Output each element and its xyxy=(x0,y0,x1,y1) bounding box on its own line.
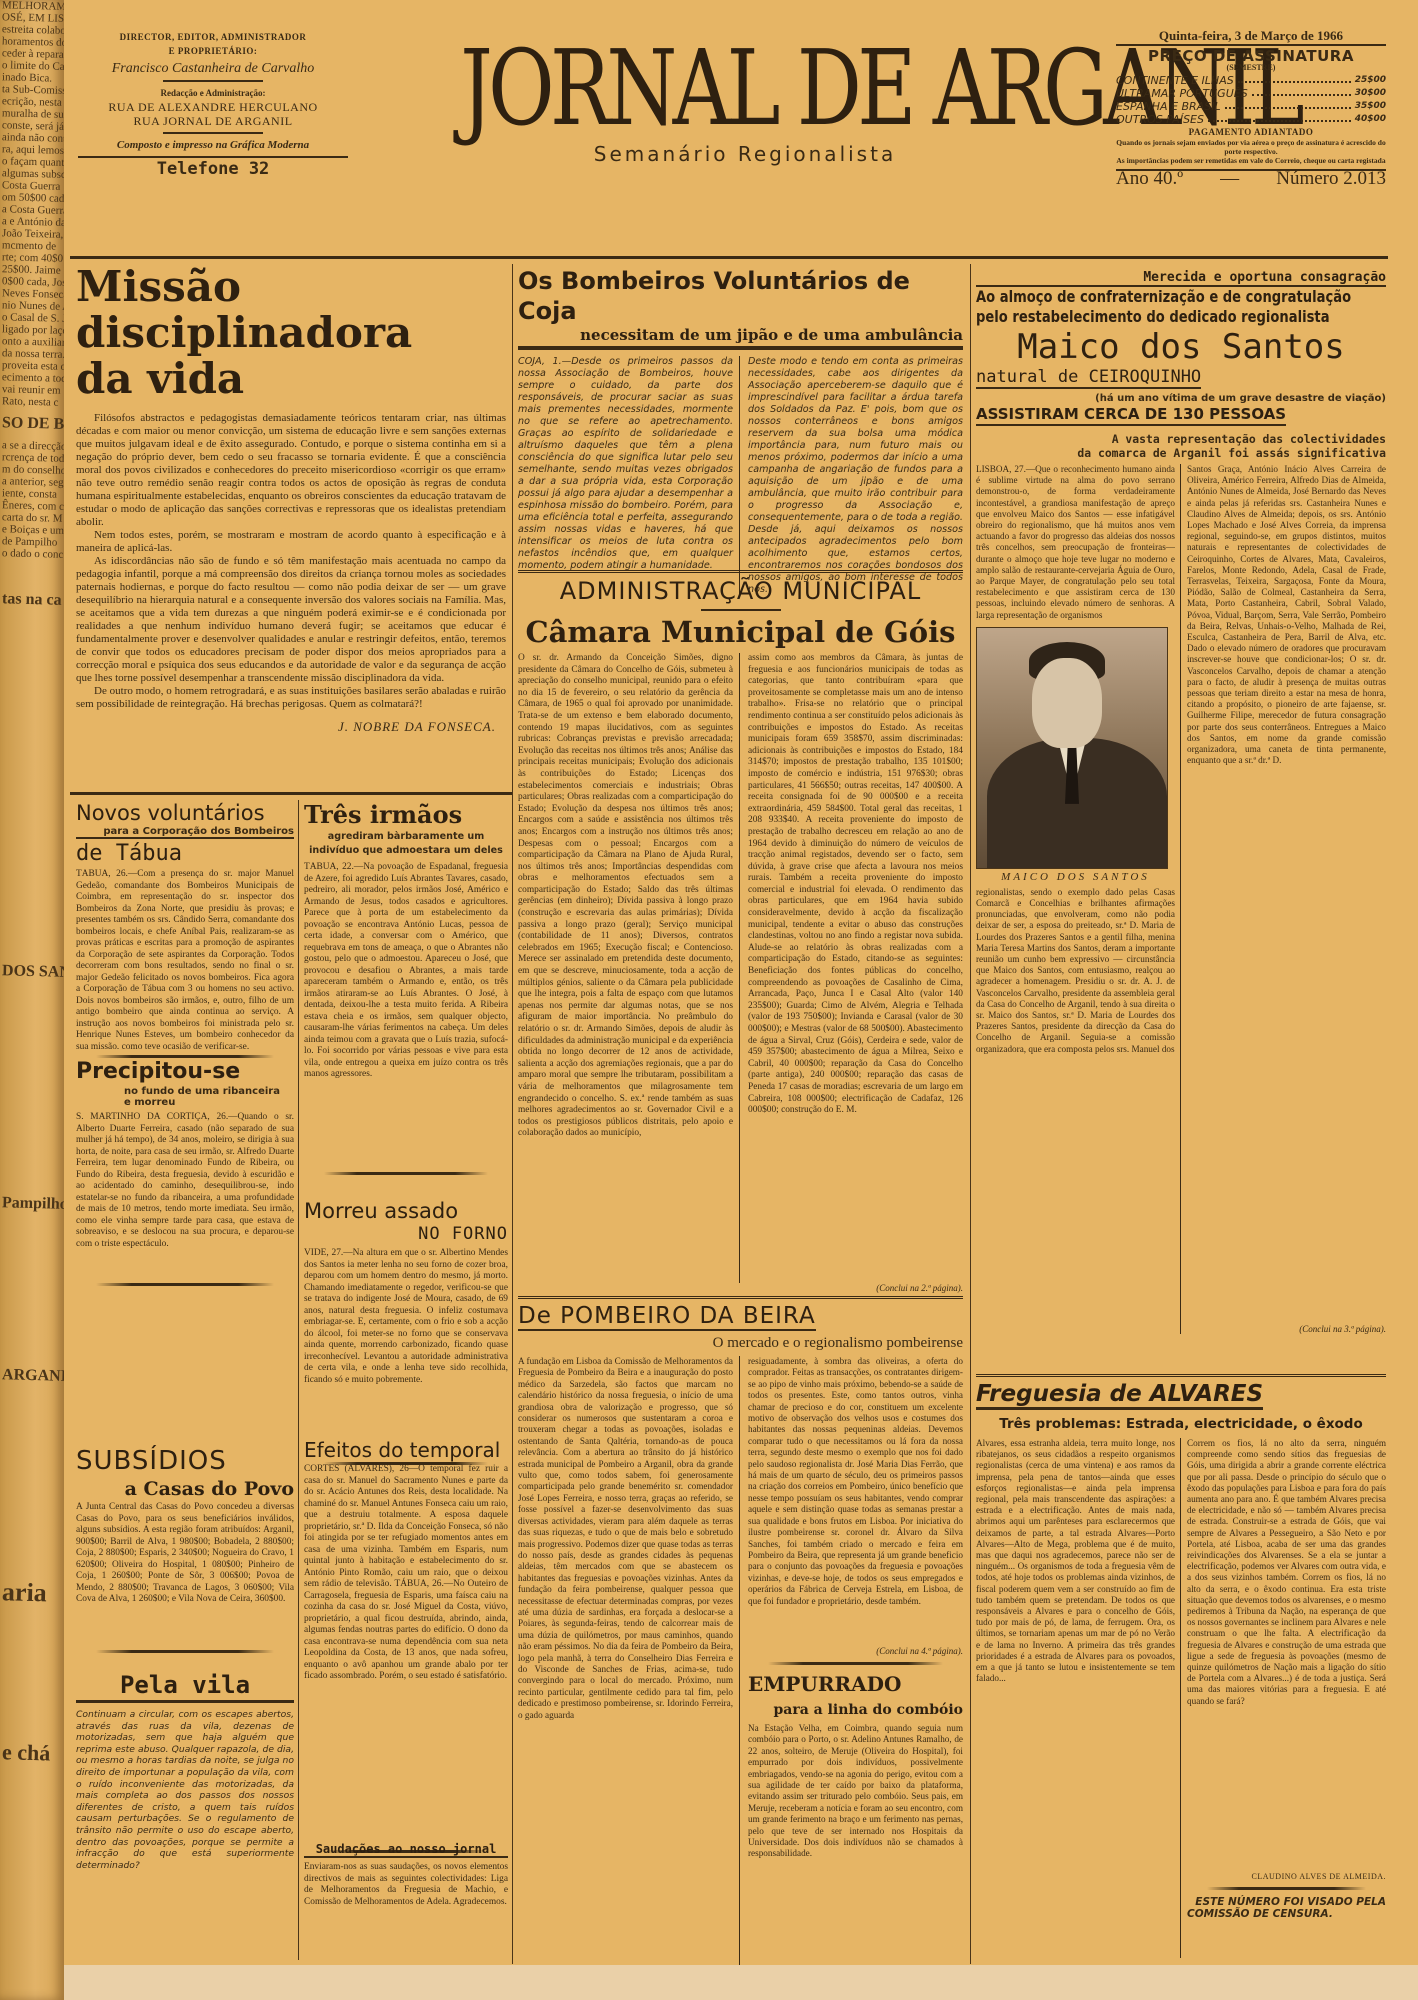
article-body: Continuam a circular, com os escapes abe… xyxy=(76,1709,294,1889)
column-text: LISBOA, 27.—Que o reconhecimento humano … xyxy=(976,464,1175,621)
masthead-right-panel: Quinta-feira, 3 de Março de 1966 PREÇO D… xyxy=(1116,30,1386,185)
article-tres-irmaos: Três irmãos agrediram bàrbaramente um in… xyxy=(304,800,508,1181)
price-list: CONTINENTE E ILHAS25$00ULTRAMAR PORTUGUÊ… xyxy=(1116,74,1386,126)
strip-heading: e chá xyxy=(0,1739,64,1767)
divider xyxy=(324,1172,488,1175)
headline: De POMBEIRO DA BEIRA xyxy=(518,1303,816,1331)
article-freguesia-alvares: Freguesia de ALVARES Três problemas: Est… xyxy=(976,1374,1386,1958)
column-text: Deste modo e tendo em conta as primeiras… xyxy=(748,356,963,596)
strip-heading: DOS SANT xyxy=(0,961,64,983)
newspaper-front-page: DIRECTOR, EDITOR, ADMINISTRADOR E PROPRI… xyxy=(70,18,1388,1978)
article-body: Filósofos abstractos e pedagogistas dema… xyxy=(76,412,506,711)
dash: — xyxy=(1220,173,1239,185)
article-morreu-assado: Morreu assado NO FORNO VIDE, 27.—Na altu… xyxy=(304,1198,508,1471)
year-label: Ano 40.º xyxy=(1116,173,1183,185)
article-bombeiros-coja: Os Bombeiros Voluntários de Coja necessi… xyxy=(518,266,963,596)
note: (há um ano vítima de um grave desastre d… xyxy=(976,393,1386,404)
continued-note: (Conclui na 4.ª página). xyxy=(748,1646,963,1656)
office-label: Redacção e Administração: xyxy=(78,86,348,100)
issue-date: Quinta-feira, 3 de Março de 1966 xyxy=(1116,30,1386,46)
subscription-title: PREÇO DE ASSINATURA xyxy=(1116,50,1386,62)
masthead-left-panel: DIRECTOR, EDITOR, ADMINISTRADOR E PROPRI… xyxy=(78,30,348,176)
strip-heading: SO DE BOIÇ xyxy=(0,413,64,435)
price-row: ESPANHA E BRASIL35$00 xyxy=(1116,100,1386,113)
headline: Missão disciplinadora xyxy=(76,264,506,356)
headline: Saudações ao nosso jornal xyxy=(304,1842,508,1858)
article-body: S. MARTINHO DA CORTIÇA, 26.—Quando o sr.… xyxy=(76,1112,294,1277)
subheadline: para a Corporação dos Bombeiros xyxy=(76,826,294,839)
strip-heading: aria xyxy=(0,1577,64,1609)
headline: SUBSÍDIOS xyxy=(76,1446,294,1476)
censorship-notice: ESTE NÚMERO FOI VISADO PELA xyxy=(1187,1896,1386,1908)
article-body: TÁBUA, 22.—Na povoação de Espadanal, fre… xyxy=(304,862,508,1166)
column-divider xyxy=(298,800,299,1960)
owner-name: Francisco Castanheira de Carvalho xyxy=(78,62,348,76)
divider xyxy=(163,132,263,134)
honoree-name: Maico dos Santos xyxy=(976,327,1386,367)
continued-note: (Conclui na 2.ª página). xyxy=(518,1283,963,1293)
article-camara-gois: ADMINISTRAÇÃO MUNICIPAL Câmara Municipal… xyxy=(518,570,963,1293)
article-body: VIDE, 27.—Na altura em que o sr. Alberti… xyxy=(304,1248,508,1456)
place-heading: de Tábua xyxy=(76,839,294,869)
price-value: 40$00 xyxy=(1355,113,1386,126)
subheadline: Três problemas: Estrada, electricidade, … xyxy=(976,1416,1386,1432)
kicker: Merecida e oportuna consagração xyxy=(976,270,1386,287)
subheadline: no fundo de uma ribanceira xyxy=(124,1086,294,1097)
column-text: Correm os fios, lá no alto da serra, nin… xyxy=(1187,1438,1386,1868)
role-line: DIRECTOR, EDITOR, ADMINISTRADOR xyxy=(78,30,348,44)
column-text: A fundação em Lisboa da Comissão de Melh… xyxy=(518,1356,740,1968)
price-row: ULTRAMAR PORTUGUÊS30$00 xyxy=(1116,87,1386,100)
divider xyxy=(163,80,263,82)
header-rule xyxy=(70,256,1388,259)
censorship-notice: COMISSÃO DE CENSURA. xyxy=(1187,1908,1386,1920)
article-novos-voluntarios: Novos voluntários para a Corporação dos … xyxy=(76,800,294,1064)
divider xyxy=(768,1662,943,1665)
photo-caption: MAICO DOS SANTOS xyxy=(976,871,1175,883)
headline: pelo restabelecimento do dedicado region… xyxy=(976,307,1312,327)
byline: J. NOBRE DA FONSECA. xyxy=(76,719,496,735)
article-subsidios: SUBSÍDIOS a Casas do Povo A Junta Centra… xyxy=(76,1446,294,1659)
price-value: 30$00 xyxy=(1355,87,1386,100)
price-region: ESPANHA E BRASIL xyxy=(1116,100,1221,113)
headline: Os Bombeiros Voluntários de Coja xyxy=(518,266,963,326)
column-divider xyxy=(512,264,513,1964)
role-line: E PROPRIETÁRIO: xyxy=(78,44,348,58)
honoree-origin: natural de CEIROQUINHO xyxy=(976,367,1201,389)
subheadline: agrediram bàrbaramente um indivíduo que … xyxy=(304,830,508,858)
printer-line: Composto e impresso na Gráfica Moderna xyxy=(78,138,348,152)
leader-dots xyxy=(1208,113,1351,122)
phone-number: Telefone 32 xyxy=(78,162,348,176)
strip-heading: tas na ca xyxy=(0,589,64,611)
strip-heading: Pampilhosen xyxy=(0,1193,64,1215)
divider xyxy=(1207,1887,1366,1890)
column-text: COJA, 1.—Desde os primeiros passos da no… xyxy=(518,356,740,596)
column-text: Santos Graça, António Inácio Alves Carre… xyxy=(1187,464,1386,1324)
column-text: O sr. dr. Armando da Conceição Simões, d… xyxy=(518,653,740,1283)
headline: Precipitou-se xyxy=(76,1058,294,1086)
subheadline: necessitam de um jipão e de uma ambulânc… xyxy=(518,326,963,350)
headline: da vida xyxy=(76,356,506,402)
headline: Freguesia de ALVARES xyxy=(976,1381,1263,1410)
column-text: regionalistas, sendo o exemplo dado pela… xyxy=(976,887,1175,1217)
portrait-photo xyxy=(976,627,1168,869)
airmail-note: Quando os jornais sejam enviados por via… xyxy=(1116,138,1386,156)
headline: Câmara Municipal de Góis xyxy=(518,615,963,649)
subheadline: O mercado e o regionalismo pombeirense xyxy=(518,1335,963,1352)
paragraph: De outro modo, o homem retrogradará, e a… xyxy=(76,685,506,711)
issue-number: Número 2.013 xyxy=(1276,173,1386,185)
price-region: OUTROS PAÍSES xyxy=(1116,113,1204,126)
subheadline: e morreu xyxy=(124,1097,294,1108)
leader-dots xyxy=(1225,100,1351,109)
divider xyxy=(701,609,781,611)
strip-heading: ARGANILENS xyxy=(0,1365,64,1387)
article-pela-vila: Pela vila Continuam a circular, com os e… xyxy=(76,1670,294,1889)
newspaper-title: JORNAL DE ARGANIL xyxy=(460,36,1029,140)
adjacent-page-strip: MELHORAMENTOSÉ, EM LISBOestreita colabor… xyxy=(0,0,64,2000)
masthead: JORNAL DE ARGANIL Semanário Regionalista xyxy=(380,36,1110,166)
paragraph: Filósofos abstractos e pedagogistas dema… xyxy=(76,412,506,529)
price-region: CONTINENTE E ILHAS xyxy=(1116,74,1234,87)
continued-note: (Conclui na 3.ª página). xyxy=(1187,1324,1386,1334)
article-maico-dos-santos: Merecida e oportuna consagração Ao almoç… xyxy=(976,270,1386,1334)
article-saudacoes: Saudações ao nosso jornal Enviaram-nos a… xyxy=(304,1842,508,1908)
divider xyxy=(78,156,348,158)
subdeck: A vasta representação das colectividades xyxy=(976,432,1386,446)
column-text: Alvares, essa estranha aldeia, terra mui… xyxy=(976,1438,1181,1958)
headline: Novos voluntários xyxy=(76,800,294,826)
subdeck: da comarca de Arganil foi assás signific… xyxy=(976,446,1386,460)
leader-dots xyxy=(1252,87,1351,96)
subheadline: NO FORNO xyxy=(304,1224,508,1244)
price-row: CONTINENTE E ILHAS25$00 xyxy=(1116,74,1386,87)
article-pombeiro-da-beira: De POMBEIRO DA BEIRA O mercado e o regio… xyxy=(518,1296,963,1968)
price-region: ULTRAMAR PORTUGUÊS xyxy=(1116,87,1248,100)
leader-dots xyxy=(1238,74,1351,83)
divider xyxy=(96,1283,274,1286)
article-efeitos-temporal: Efeitos do temporal CORTES (ALVARES), 26… xyxy=(304,1436,508,1859)
price-row: OUTROS PAÍSES40$00 xyxy=(1116,113,1386,126)
subheadline: para a linha do combóio xyxy=(748,1697,963,1723)
scan-margin xyxy=(64,1965,1418,2000)
article-missao: Missão disciplinadora da vida Filósofos … xyxy=(76,264,506,735)
article-body: Enviaram-nos as suas saudações, os novos… xyxy=(304,1862,508,1908)
address-line: RUA DE ALEXANDRE HERCULANO xyxy=(78,100,348,114)
article-body: A Junta Central das Casas do Povo conced… xyxy=(76,1502,294,1644)
article-body: CORTES (ALVARES), 26—O temporal fez ruir… xyxy=(304,1464,508,1844)
paragraph: Nem todos estes, porém, se mostraram e m… xyxy=(76,529,506,555)
section-heading: ADMINISTRAÇÃO MUNICIPAL xyxy=(518,577,963,605)
subheadline: a Casas do Povo xyxy=(76,1476,294,1502)
remittance-note: As importâncias podem ser remetidas em v… xyxy=(1116,156,1386,165)
article-precipitou-se: Precipitou-se no fundo de uma ribanceira… xyxy=(76,1058,294,1292)
price-value: 25$00 xyxy=(1355,74,1386,87)
headline: Morreu assado xyxy=(304,1198,508,1224)
column-divider xyxy=(970,264,971,1964)
article-body: Na Estação Velha, em Coimbra, quando seg… xyxy=(748,1723,963,1943)
payment-note: PAGAMENTO ADIANTADO xyxy=(1116,126,1386,138)
price-value: 35$00 xyxy=(1355,100,1386,113)
headline: EMPURRADO xyxy=(748,1671,963,1697)
deck: ASSISTIRAM CERCA DE 130 PESSOAS xyxy=(976,404,1286,426)
headline: Três irmãos xyxy=(304,800,508,830)
strip-text-fragment: Rato, nesta c xyxy=(0,395,64,409)
strip-text-fragment: o dado o conc xyxy=(0,547,64,561)
section-rule xyxy=(70,792,512,795)
divider xyxy=(96,1650,274,1653)
address-line: RUA JORNAL DE ARGANIL xyxy=(78,114,348,128)
article-body: TÁBUA, 26.—Com a presença do sr. major M… xyxy=(76,869,294,1049)
headline: Efeitos do temporal xyxy=(304,1436,508,1464)
column-text: assim como aos membros da Câmara, às jun… xyxy=(748,653,963,1283)
column-text: resiguadamente, à sombra das oliveiras, … xyxy=(748,1356,963,1646)
headline: Ao almoço de confraternização e de congr… xyxy=(976,287,1312,307)
headline: Pela vila xyxy=(76,1670,294,1703)
issue-info: Ano 40.º — Número 2.013 xyxy=(1116,169,1386,185)
paragraph: As idiscordâncias não são de fundo e só … xyxy=(76,555,506,685)
byline: CLAUDINO ALVES DE ALMEIDA. xyxy=(1187,1872,1386,1881)
